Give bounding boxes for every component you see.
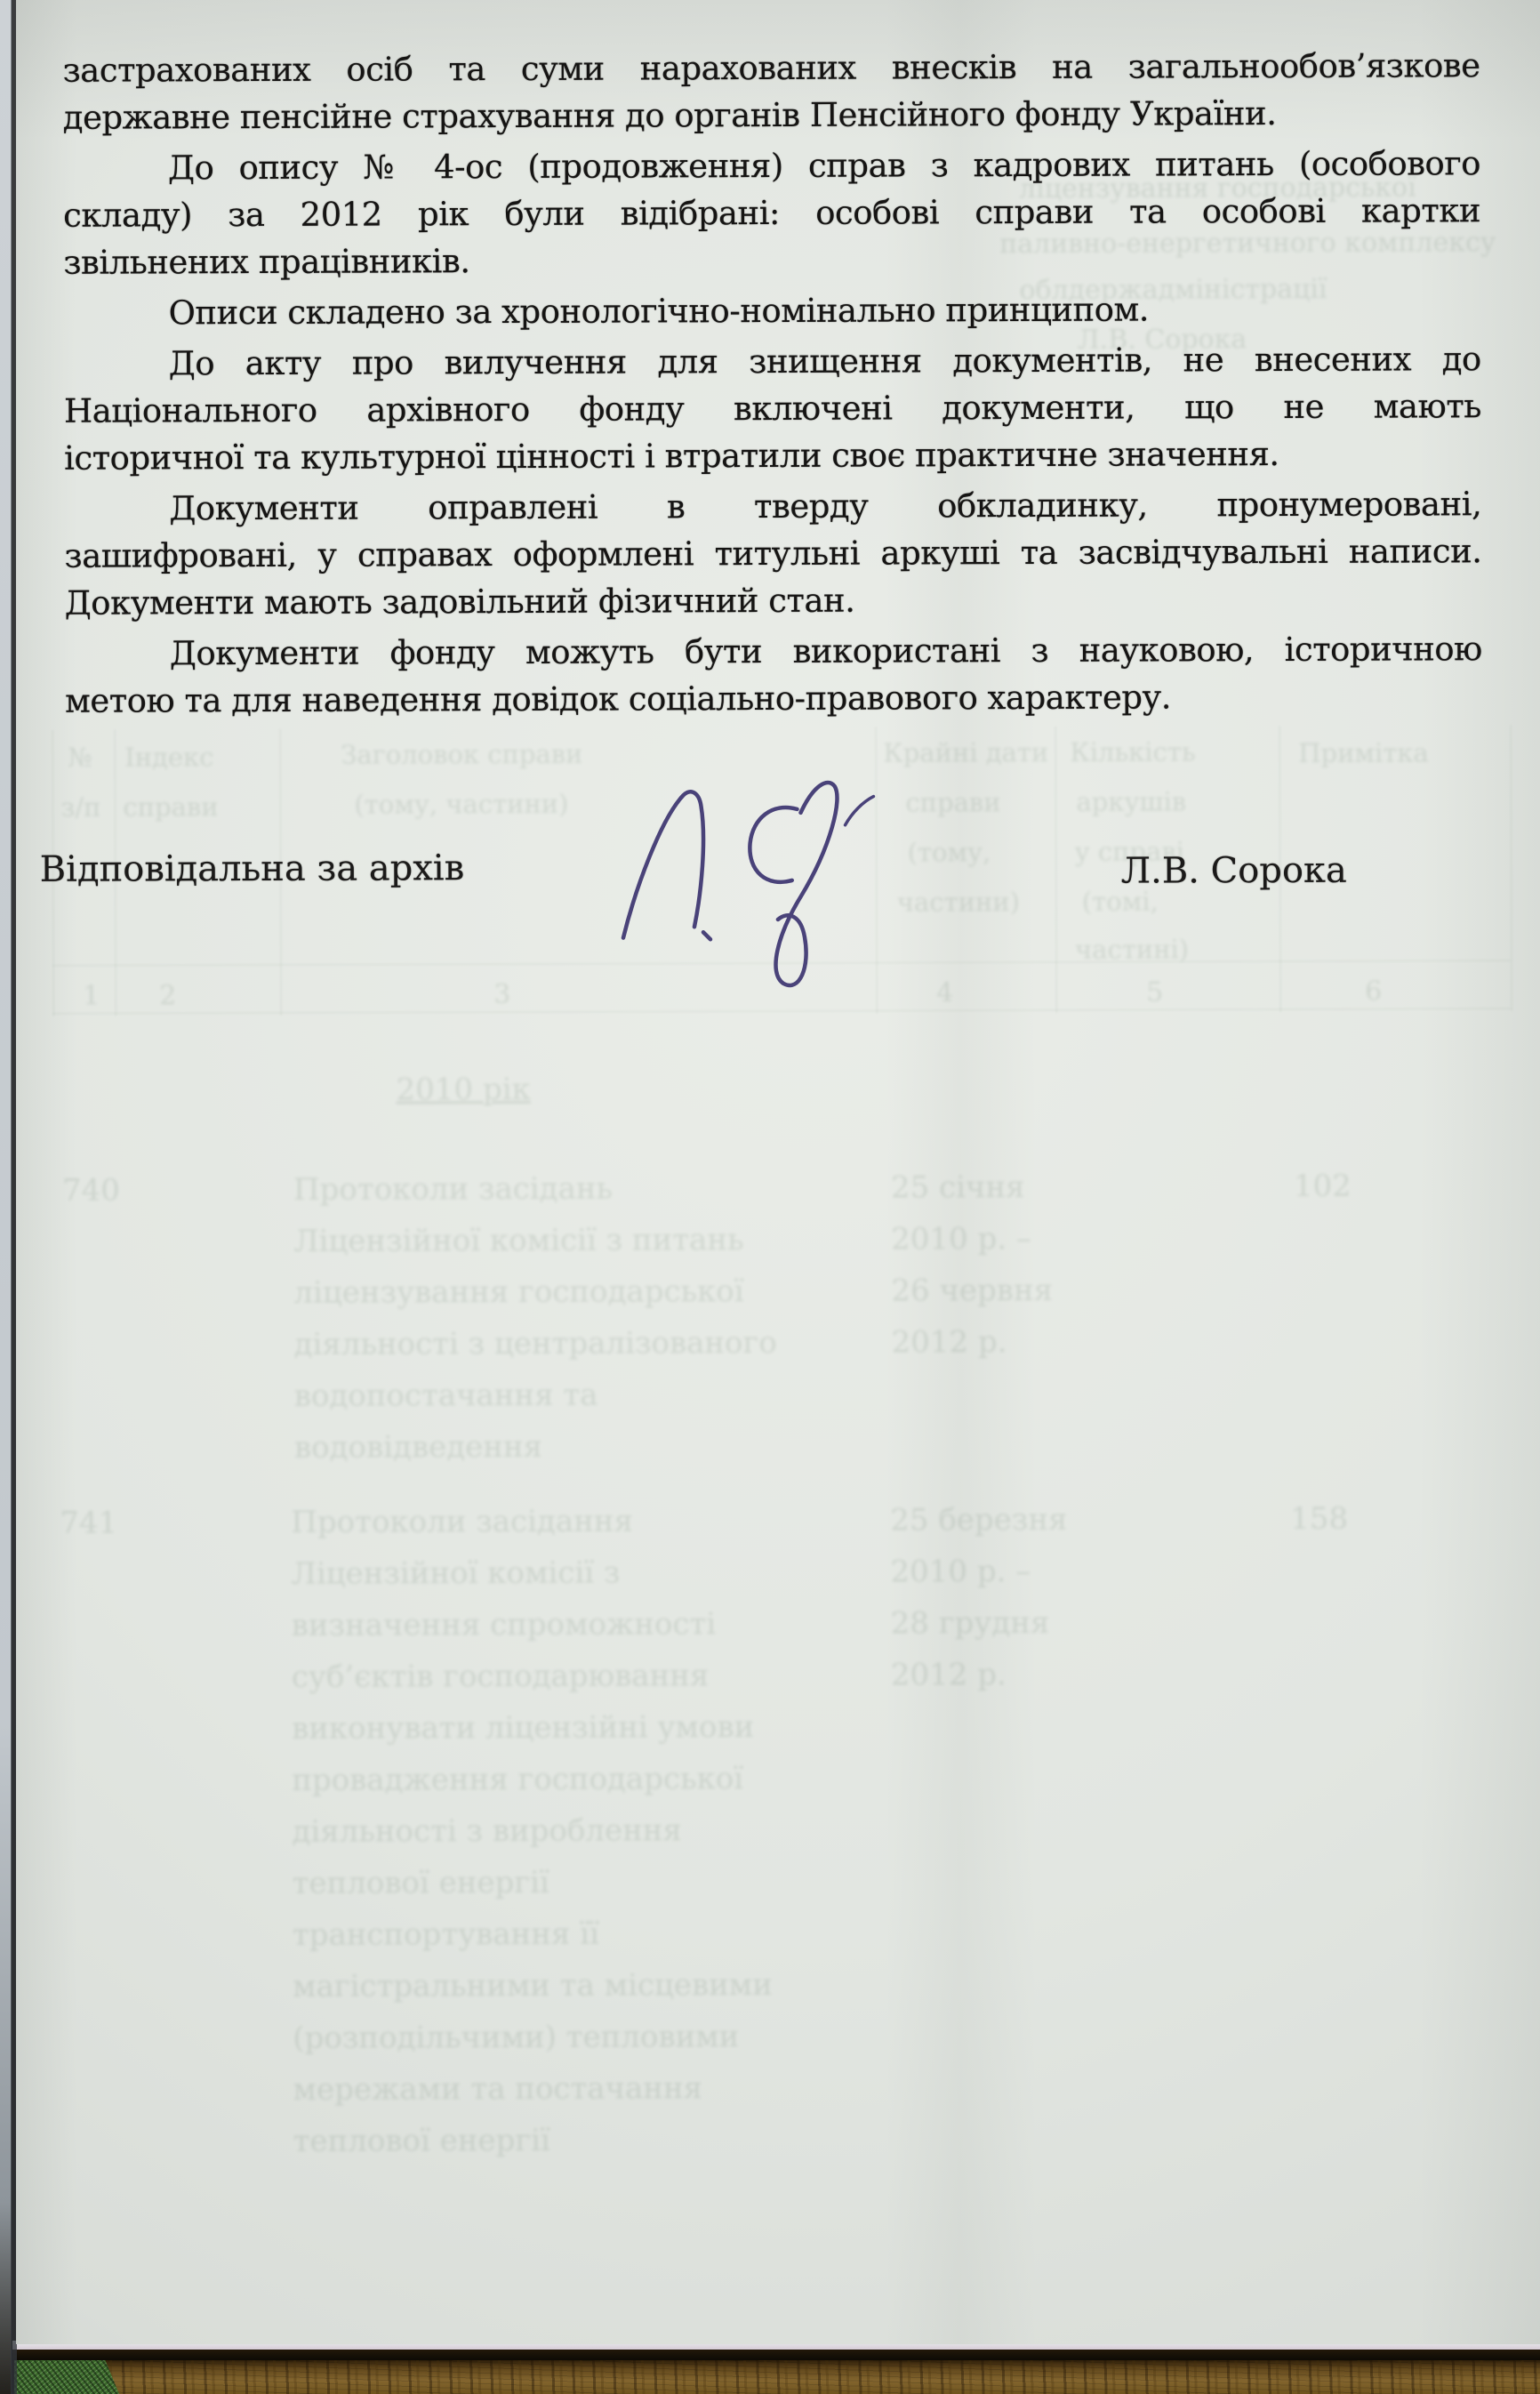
document-text-line: зашифровані, у справах оформлені титульн… bbox=[64, 527, 1481, 580]
bleed-through-text: теплової енергії bbox=[293, 1865, 549, 1901]
bleed-through-text: мережами та постачання bbox=[293, 2070, 702, 2108]
document-text-line: Документи мають задовільний фізичний ста… bbox=[65, 574, 1482, 627]
bleed-through-text: 26 червня bbox=[891, 1273, 1053, 1309]
bleed-through-text: Примітка bbox=[1298, 737, 1429, 768]
bleed-through-text: діяльності з вироблення bbox=[292, 1812, 682, 1850]
bleed-through-text: Ліцензійної комісії з питань bbox=[293, 1222, 743, 1259]
bleed-table-rule bbox=[1510, 725, 1512, 1011]
bleed-through-text: Протоколи засідання bbox=[291, 1504, 633, 1540]
bleed-through-text: 25 січня bbox=[891, 1169, 1025, 1206]
document-text-line: метою та для наведення довідок соціально… bbox=[65, 672, 1482, 725]
bleed-through-text: № bbox=[68, 743, 92, 773]
bleed-through-text: 2010 рік bbox=[397, 1072, 531, 1108]
signature-role-label: Відповідальна за архів bbox=[40, 848, 465, 890]
document-text-line: складу) за 2012 рік були відібрані: особ… bbox=[63, 187, 1480, 239]
bleed-through-text: Заголовок справи bbox=[341, 739, 582, 770]
bleed-through-text: 5 bbox=[1146, 976, 1163, 1008]
bleed-through-text: справи bbox=[123, 791, 218, 822]
bleed-through-text: суб’єктів господарювання bbox=[292, 1658, 710, 1695]
bleed-through-text: магістральними та місцевими bbox=[293, 1967, 773, 2004]
bleed-through-text: Протоколи засідань bbox=[293, 1171, 613, 1208]
bleed-through-text: 1 bbox=[83, 981, 100, 1012]
bleed-through-text: 28 грудня bbox=[891, 1605, 1050, 1642]
bleed-through-text: 740 bbox=[62, 1173, 120, 1209]
document-text-line: державне пенсійне страхування до органів… bbox=[63, 89, 1480, 141]
bleed-through-text: ліцензування господарської bbox=[293, 1273, 743, 1311]
bleed-through-text: аркушів bbox=[1076, 786, 1186, 816]
bleed-through-text: діяльності з централізованого bbox=[294, 1325, 777, 1362]
document-text-line: Документи оправлені в тверду обкладинку,… bbox=[64, 480, 1481, 533]
bleed-through-text: частині) bbox=[1075, 934, 1189, 964]
document-text-line: звільнених працівників. bbox=[63, 234, 1480, 286]
bleed-through-text: водовідведення bbox=[294, 1429, 542, 1466]
bleed-through-text: Кількість bbox=[1070, 736, 1196, 767]
signature-name: Л.В. Сорока bbox=[1121, 850, 1347, 892]
document-text-line: Описи складено за хронологічно-номінальн… bbox=[63, 285, 1480, 337]
document-text-line: До акту про вилучення для знищення докум… bbox=[64, 335, 1481, 388]
document-text-line: Документи фонду можуть бути використані … bbox=[65, 625, 1482, 678]
document-text-line: історичної та культурної цінності і втра… bbox=[64, 430, 1481, 482]
bleed-through-text: транспортування її bbox=[293, 1916, 599, 1953]
photo-scene: ліцензування господарськоїпаливно-енерге… bbox=[0, 0, 1540, 2394]
bleed-through-text: 6 bbox=[1365, 976, 1382, 1008]
bleed-table-rule bbox=[1055, 727, 1057, 1013]
bleed-through-text: 158 bbox=[1290, 1501, 1348, 1537]
bleed-through-text: з/п bbox=[60, 792, 100, 823]
bleed-through-text: (розподільчими) тепловими bbox=[293, 2019, 739, 2056]
bleed-through-text: теплової енергії bbox=[293, 2123, 550, 2159]
bleed-through-text: 25 березня bbox=[890, 1502, 1067, 1538]
bleed-through-text: 2010 р. – bbox=[890, 1554, 1031, 1590]
bleed-through-text: 2010 р. – bbox=[891, 1221, 1031, 1257]
bleed-through-text: провадження господарської bbox=[292, 1761, 743, 1798]
document-text-line: застрахованих осіб та суми нарахованих в… bbox=[62, 42, 1480, 94]
document-text-line: Національного архівного фонду включені д… bbox=[64, 382, 1481, 435]
document-text-lines: застрахованих осіб та суми нарахованих в… bbox=[62, 42, 1482, 725]
bleed-through-text: Індекс bbox=[124, 742, 213, 772]
bleed-through-text: 2 bbox=[159, 980, 176, 1011]
page-content: ліцензування господарськоїпаливно-енерге… bbox=[0, 0, 1540, 2394]
document-text-line: До опису № 4-ос (продовження) справ з ка… bbox=[63, 140, 1480, 192]
bleed-through-text: Ліцензійної комісії з bbox=[291, 1555, 620, 1592]
bleed-through-text: 2012 р. bbox=[892, 1324, 1007, 1360]
bleed-through-text: 2012 р. bbox=[891, 1657, 1007, 1692]
bleed-through-text: водопостачання та bbox=[294, 1378, 598, 1414]
bleed-through-text: (тому, частини) bbox=[354, 789, 568, 820]
bleed-through-text: визначення спроможності bbox=[292, 1606, 717, 1643]
bleed-through-text: 3 bbox=[493, 979, 510, 1010]
bleed-through-text: 102 bbox=[1294, 1169, 1352, 1204]
bleed-through-text: 741 bbox=[60, 1506, 117, 1541]
bleed-through-text: виконувати ліцензійні умови bbox=[292, 1709, 754, 1747]
handwritten-signature bbox=[567, 762, 942, 1012]
